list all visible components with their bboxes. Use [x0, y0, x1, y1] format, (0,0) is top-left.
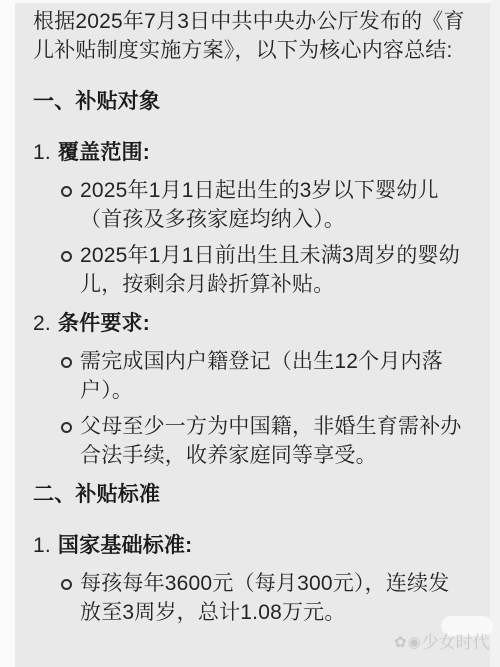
watermark-text: 少女时代	[422, 633, 490, 653]
document-page: 根据2025年7月3日中共中央办公厅发布的《育儿补贴制度实施方案》，以下为核心内…	[0, 0, 500, 667]
bullet-item: 2025年1月1日起出生的3岁以下婴幼儿（首孩及多孩家庭均纳入）。	[33, 176, 470, 234]
section-subsidy-targets: 一、补贴对象 1.覆盖范围: 2025年1月1日起出生的3岁以下婴幼儿（首孩及多…	[33, 87, 470, 470]
left-margin-strip	[0, 0, 15, 667]
bullet-list: 需完成国内户籍登记（出生12个月内落户）。 父母至少一方为中国籍，非婚生育需补办…	[33, 347, 470, 470]
bullet-text: 需完成国内户籍登记（出生12个月内落户）。	[80, 350, 443, 402]
bullet-text: 每孩每年3600元（每月300元），连续发放至3周岁，总计1.08万元。	[80, 572, 449, 624]
item-title-text: 国家基础标准:	[58, 534, 192, 557]
watermark: ✿ ◉ 少女时代	[394, 633, 490, 653]
numbered-item: 1.覆盖范围: 2025年1月1日起出生的3岁以下婴幼儿（首孩及多孩家庭均纳入）…	[33, 138, 470, 299]
numbered-item: 1.国家基础标准: 每孩每年3600元（每月300元），连续发放至3周岁，总计1…	[33, 531, 470, 627]
circle-bullet-icon	[61, 251, 72, 262]
item-number: 1.	[33, 141, 51, 164]
section-heading: 二、补贴标准	[33, 480, 470, 509]
bullet-item: 每孩每年3600元（每月300元），连续发放至3周岁，总计1.08万元。	[33, 569, 470, 627]
bullet-text: 父母至少一方为中国籍，非婚生育需补办合法手续，收养家庭同等享受。	[80, 415, 462, 467]
circle-bullet-icon	[61, 357, 72, 368]
bullet-list: 2025年1月1日起出生的3岁以下婴幼儿（首孩及多孩家庭均纳入）。 2025年1…	[33, 176, 470, 299]
item-title: 1.覆盖范围:	[33, 138, 470, 167]
numbered-item: 2.条件要求: 需完成国内户籍登记（出生12个月内落户）。 父母至少一方为中国籍…	[33, 309, 470, 470]
item-title: 2.条件要求:	[33, 309, 470, 338]
item-number: 1.	[33, 534, 51, 557]
circle-bullet-icon	[61, 579, 72, 590]
top-margin-strip	[0, 0, 500, 3]
bullet-item: 父母至少一方为中国籍，非婚生育需补办合法手续，收养家庭同等享受。	[33, 412, 470, 470]
section-heading: 一、补贴对象	[33, 87, 470, 116]
bullet-text: 2025年1月1日前出生且未满3周岁的婴幼儿，按剩余月龄折算补贴。	[80, 244, 460, 296]
stamp-icon: ◉	[408, 633, 421, 653]
circle-bullet-icon	[61, 186, 72, 197]
circle-bullet-icon	[61, 422, 72, 433]
section-subsidy-standards: 二、补贴标准 1.国家基础标准: 每孩每年3600元（每月300元），连续发放至…	[33, 480, 470, 627]
item-title: 1.国家基础标准:	[33, 531, 470, 560]
intro-paragraph: 根据2025年7月3日中共中央办公厅发布的《育儿补贴制度实施方案》，以下为核心内…	[33, 7, 470, 65]
bullet-text: 2025年1月1日起出生的3岁以下婴幼儿（首孩及多孩家庭均纳入）。	[80, 179, 439, 231]
item-title-text: 条件要求:	[58, 312, 150, 335]
right-margin-strip	[490, 0, 500, 667]
knot-icon: ✿	[394, 633, 407, 653]
item-number: 2.	[33, 312, 51, 335]
item-title-text: 覆盖范围:	[58, 141, 150, 164]
bullet-item: 需完成国内户籍登记（出生12个月内落户）。	[33, 347, 470, 405]
bullet-item: 2025年1月1日前出生且未满3周岁的婴幼儿，按剩余月龄折算补贴。	[33, 241, 470, 299]
document-content: 根据2025年7月3日中共中央办公厅发布的《育儿补贴制度实施方案》，以下为核心内…	[33, 7, 470, 637]
bullet-list: 每孩每年3600元（每月300元），连续发放至3周岁，总计1.08万元。	[33, 569, 470, 627]
